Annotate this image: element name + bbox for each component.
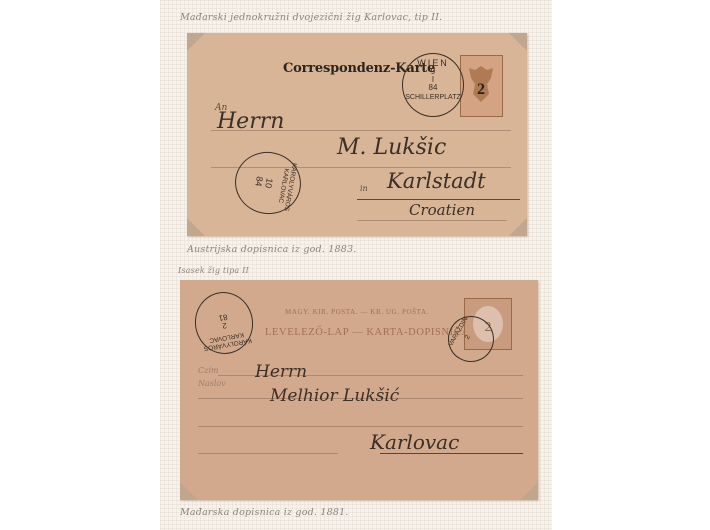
photo-corner (187, 218, 205, 236)
photo-corner (180, 482, 198, 500)
caption-bottom: Mađarska dopisnica iz god. 1881. (180, 507, 349, 518)
photo-corner (509, 33, 527, 51)
addressee-salutation: Herrn (217, 109, 284, 134)
postmark-karlovac: KÁROLYVÁROS KARLOVAC 2 81 (190, 287, 258, 358)
caption-mid: Austrijska dopisnica iz god. 1883. (187, 244, 356, 255)
postmark-karlovac: KÁROLYVÁROS KARLOVAC 10 84 (230, 147, 306, 220)
austrian-postcard: Correspondenz-Karte An Herrn M. Lukšic i… (187, 33, 527, 236)
in-label: in (360, 184, 368, 193)
cim-label: Czím (198, 366, 218, 375)
addressee-name: Melhior Lukšić (270, 386, 399, 406)
addressee-country: Croatien (409, 201, 475, 219)
photo-corner (187, 33, 205, 51)
addressee-salutation: Herrn (255, 362, 307, 382)
photo-corner (520, 482, 538, 500)
photo-corner (509, 218, 527, 236)
addressee-city: Karlovac (370, 430, 459, 454)
double-headed-eagle-icon: 2 (461, 56, 502, 116)
naslov-label: Naslov (198, 379, 226, 388)
postmark-wien: WIEN 9 I 84 SCHILLERPLATZ (402, 53, 464, 117)
svg-text:2: 2 (477, 81, 485, 98)
caption-top: Mađarski jednokružni dvojezični žig Karl… (180, 12, 442, 23)
caption-second-header: Isasek žig tipa II (178, 266, 249, 275)
hungarian-postcard: MAGY. KIR. POSTA. — KR. UG. POŠTA. LEVEL… (180, 280, 538, 500)
addressee-city: Karlstadt (387, 169, 486, 193)
card-title: LEVELEZŐ-LAP — KARTA-DOPISNICA. (265, 327, 473, 338)
stamp: 2 (460, 55, 503, 117)
addressee-name: M. Lukšic (337, 135, 446, 160)
card-header: MAGY. KIR. POSTA. — KR. UG. POŠTA. (285, 308, 429, 316)
